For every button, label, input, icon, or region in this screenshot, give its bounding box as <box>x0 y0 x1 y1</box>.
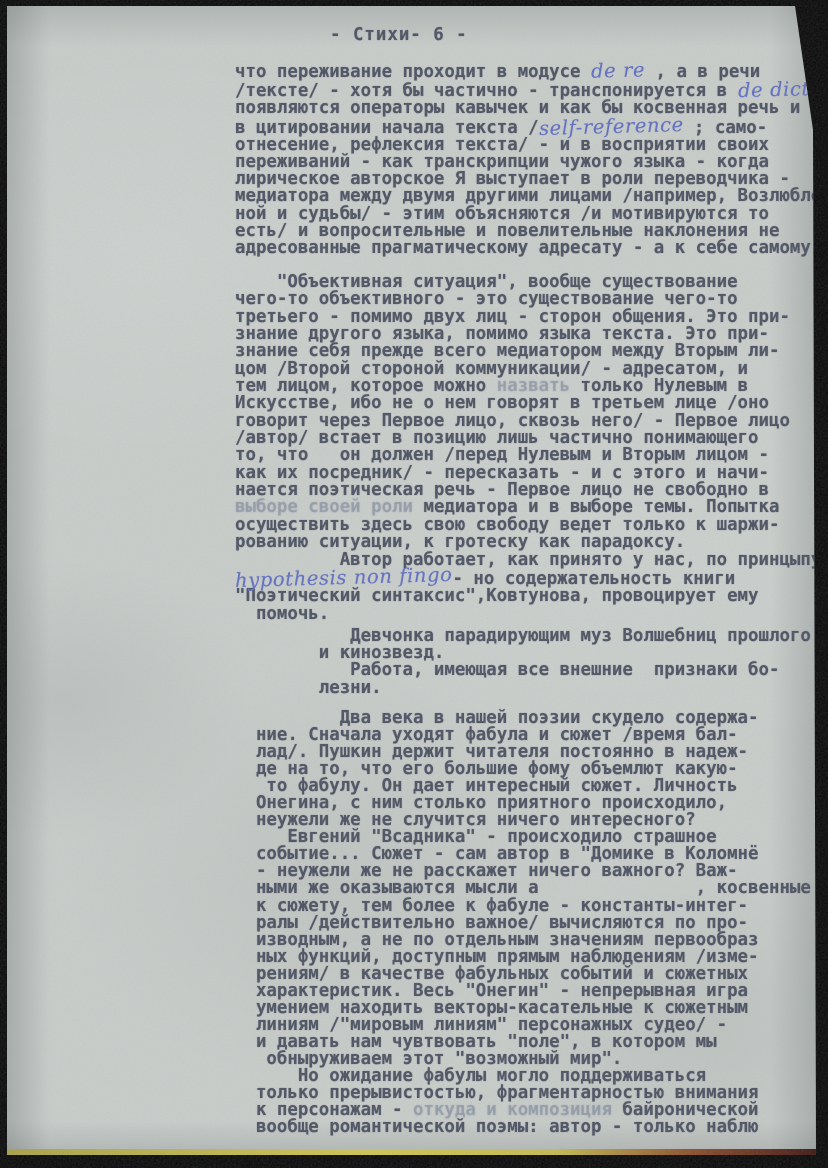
typewritten-text: вообще романтической поэмы: автор - толь… <box>235 1117 759 1137</box>
para-1: что переживание проходит в модусе de re … <box>235 62 822 257</box>
typewritten-text: лезни. <box>235 678 382 698</box>
text-line: вообще романтической поэмы: автор - толь… <box>235 1119 811 1136</box>
para-4: Два века в нашей поэзии скудело содержа-… <box>235 710 811 1136</box>
text-line: адресованные прагматическому адресату - … <box>235 240 822 257</box>
handwritten-annotation: hypothesis non fingo <box>235 566 453 589</box>
typewritten-text: что переживание проходит в модусе <box>235 62 591 82</box>
text-line: что переживание проходит в модусе de re … <box>235 62 822 81</box>
handwritten-annotation: de dicto <box>737 80 822 100</box>
text-line: появляются операторы кавычек и как бы ко… <box>235 100 822 117</box>
scan-bottom-strip <box>7 1149 816 1156</box>
paper: - Стихи- 6 - что переживание проходит в … <box>0 0 828 1168</box>
handwritten-annotation: de re <box>591 61 646 80</box>
para-2: "Объективная ситуация", вообще существов… <box>235 274 821 623</box>
handwritten-annotation: self-reference <box>538 116 683 137</box>
text-line: лезни. <box>235 680 811 697</box>
typewritten-text: адресованные прагматическому адресату - … <box>235 238 811 258</box>
typewritten-text: появляются операторы кавычек и как бы ко… <box>235 98 800 118</box>
scanned-page: - Стихи- 6 - что переживание проходит в … <box>0 0 828 1168</box>
typewritten-text: помочь. <box>235 604 329 624</box>
text-line: помочь. <box>235 606 821 623</box>
para-3: Девчонка парадирующим муз Волшебниц прош… <box>235 628 811 697</box>
text-blocks: что переживание проходит в модусе de re … <box>0 0 828 1168</box>
